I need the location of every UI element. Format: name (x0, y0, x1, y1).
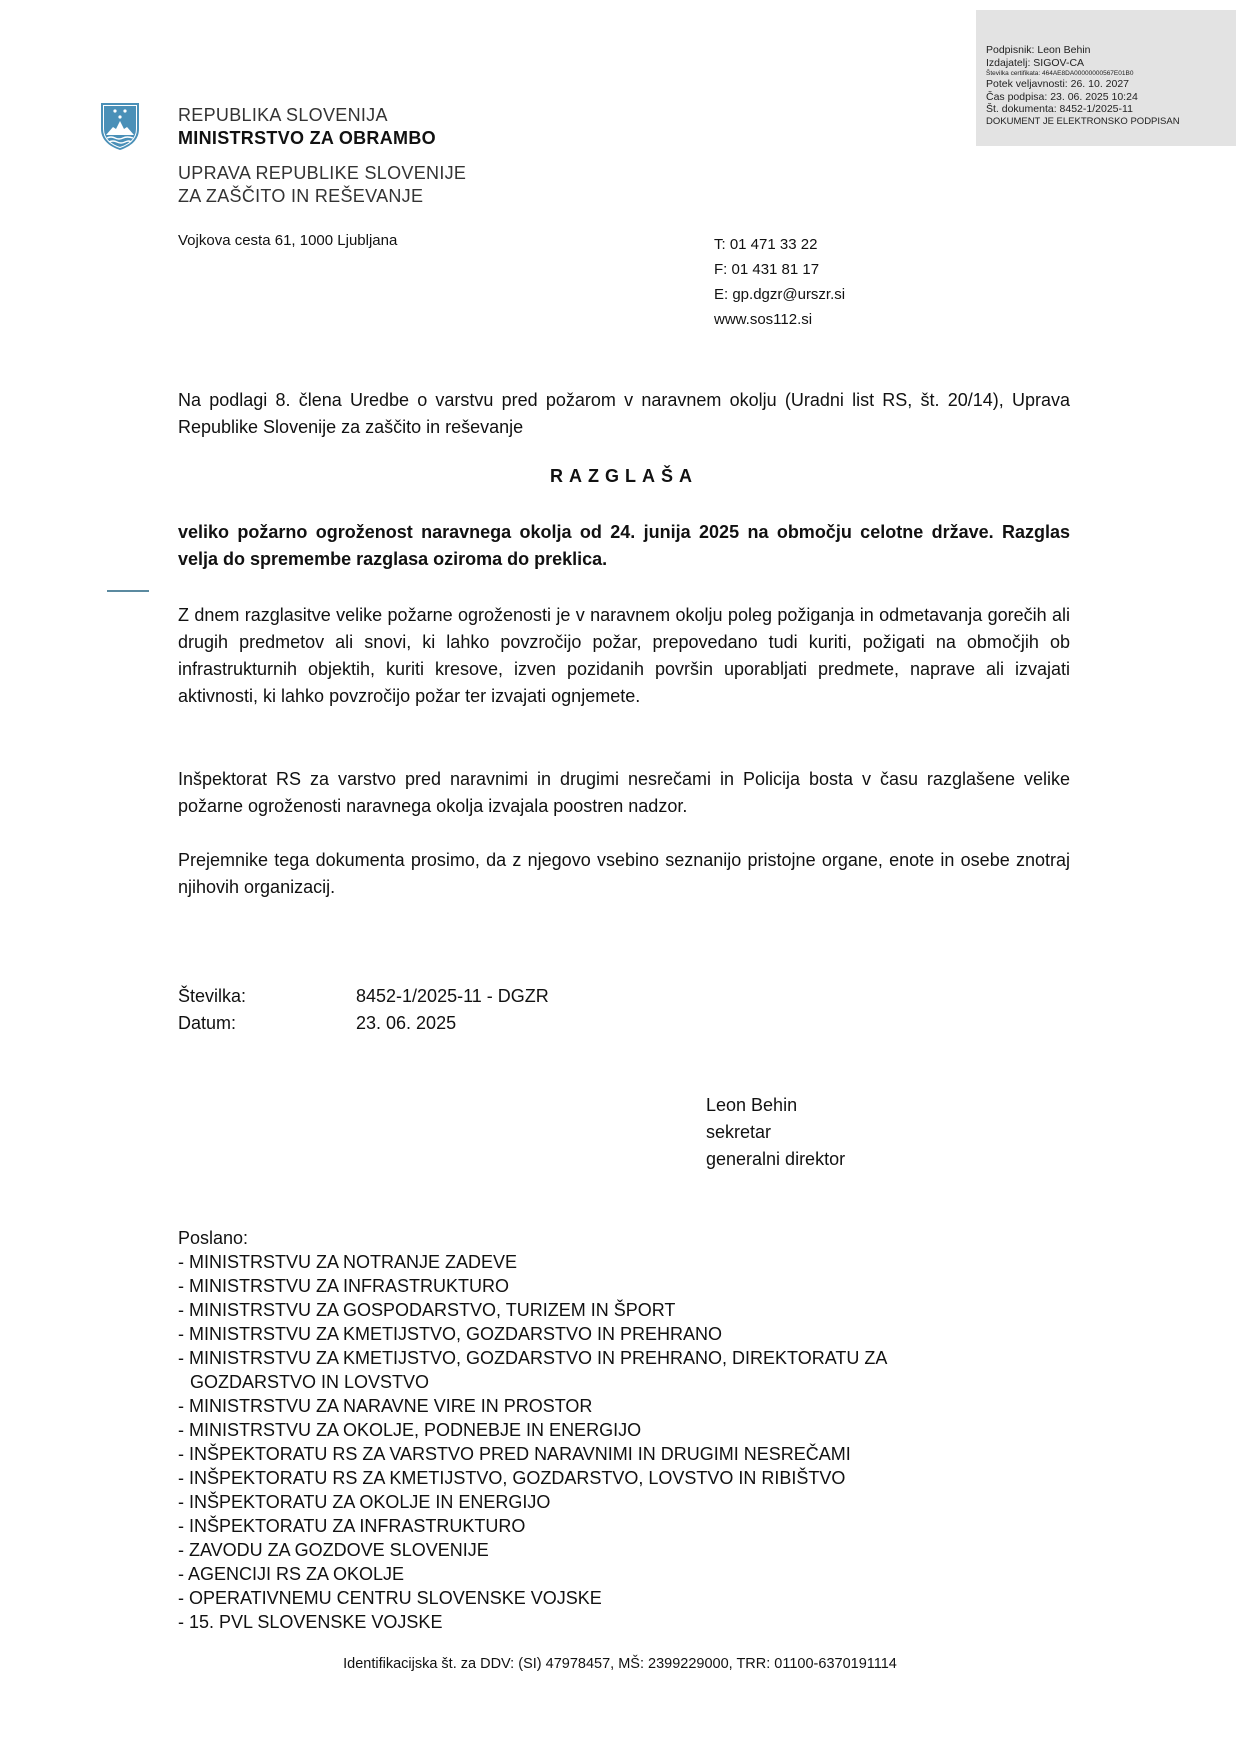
issuer: Izdajatelj: SIGOV-CA (986, 57, 1180, 70)
list-item: - 15. PVL SLOVENSKE VOJSKE (178, 1610, 887, 1634)
signer: Podpisnik: Leon Behin (986, 44, 1180, 57)
republic-name: REPUBLIKA SLOVENIJA (178, 104, 466, 127)
phone: T: 01 471 33 22 (714, 232, 845, 257)
list-item: - INŠPEKTORATU ZA OKOLJE IN ENERGIJO (178, 1490, 887, 1514)
number-value: 8452-1/2025-11 - DGZR (356, 983, 549, 1010)
contact-block: T: 01 471 33 22 F: 01 431 81 17 E: gp.dg… (714, 232, 845, 332)
recipients-label: Poslano: (178, 1226, 887, 1250)
list-item: - MINISTRSTVU ZA NOTRANJE ZADEVE (178, 1250, 887, 1274)
recipients-list: Poslano: - MINISTRSTVU ZA NOTRANJE ZADEV… (178, 1226, 887, 1634)
postal-address: Vojkova cesta 61, 1000 Ljubljana (178, 232, 397, 249)
prohibitions-paragraph: Z dnem razglasitve velike požarne ogrože… (178, 602, 1070, 710)
signatory-block: Leon Behin sekretar generalni direktor (706, 1092, 845, 1173)
date-label: Datum: (178, 1010, 356, 1037)
document-title: RAZGLAŠA (178, 466, 1070, 487)
signatory-name: Leon Behin (706, 1092, 845, 1119)
signed-at: Čas podpisa: 23. 06. 2025 10:24 (986, 91, 1180, 104)
list-item: - INŠPEKTORATU RS ZA KMETIJSTVO, GOZDARS… (178, 1466, 887, 1490)
list-item: - MINISTRSTVU ZA OKOLJE, PODNEBJE IN ENE… (178, 1418, 887, 1442)
fax: F: 01 431 81 17 (714, 257, 845, 282)
list-item: - MINISTRSTVU ZA INFRASTRUKTURO (178, 1274, 887, 1298)
footer-identification: Identifikacijska št. za DDV: (SI) 479784… (0, 1656, 1240, 1672)
number-label: Številka: (178, 983, 356, 1010)
list-item: - INŠPEKTORATU RS ZA VARSTVO PRED NARAVN… (178, 1442, 887, 1466)
list-item-continuation: GOZDARSTVO IN LOVSTVO (178, 1370, 887, 1394)
electronic-signature-box: Podpisnik: Leon Behin Izdajatelj: SIGOV-… (976, 10, 1236, 146)
document-number: Št. dokumenta: 8452-1/2025-11 (986, 103, 1180, 116)
email-link[interactable]: E: gp.dgzr@urszr.si (714, 282, 845, 307)
list-item: - ZAVODU ZA GOZDOVE SLOVENIJE (178, 1538, 887, 1562)
certificate-number: Številka certifikata: 464AE8DA0000000056… (986, 69, 1180, 78)
list-item: - MINISTRSTVU ZA NARAVNE VIRE IN PROSTOR (178, 1394, 887, 1418)
ministry-name: MINISTRSTVO ZA OBRAMBO (178, 127, 466, 150)
slovenia-coat-of-arms-icon (99, 101, 141, 151)
supervision-paragraph: Inšpektorat RS za varstvo pred naravnimi… (178, 766, 1070, 820)
document-meta: Številka: 8452-1/2025-11 - DGZR Datum: 2… (178, 983, 549, 1037)
intro-paragraph: Na podlagi 8. člena Uredbe o varstvu pre… (178, 387, 1070, 441)
margin-rule (107, 590, 149, 592)
signatory-role: sekretar (706, 1119, 845, 1146)
organisation-header: REPUBLIKA SLOVENIJA MINISTRSTVO ZA OBRAM… (178, 104, 466, 208)
declaration-paragraph: veliko požarno ogroženost naravnega okol… (178, 519, 1070, 573)
date-value: 23. 06. 2025 (356, 1010, 456, 1037)
list-item: - INŠPEKTORATU ZA INFRASTRUKTURO (178, 1514, 887, 1538)
signed-notice: DOKUMENT JE ELEKTRONSKO PODPISAN (986, 116, 1180, 129)
website-link[interactable]: www.sos112.si (714, 307, 845, 332)
list-item: - MINISTRSTVU ZA GOSPODARSTVO, TURIZEM I… (178, 1298, 887, 1322)
list-item: - MINISTRSTVU ZA KMETIJSTVO, GOZDARSTVO … (178, 1346, 887, 1370)
agency-name-line2: ZA ZAŠČITO IN REŠEVANJE (178, 185, 466, 208)
list-item: - AGENCIJI RS ZA OKOLJE (178, 1562, 887, 1586)
list-item: - MINISTRSTVU ZA KMETIJSTVO, GOZDARSTVO … (178, 1322, 887, 1346)
signatory-title: generalni direktor (706, 1146, 845, 1173)
agency-name-line1: UPRAVA REPUBLIKE SLOVENIJE (178, 162, 466, 185)
request-paragraph: Prejemnike tega dokumenta prosimo, da z … (178, 847, 1070, 901)
validity: Potek veljavnosti: 26. 10. 2027 (986, 78, 1180, 91)
list-item: - OPERATIVNEMU CENTRU SLOVENSKE VOJSKE (178, 1586, 887, 1610)
